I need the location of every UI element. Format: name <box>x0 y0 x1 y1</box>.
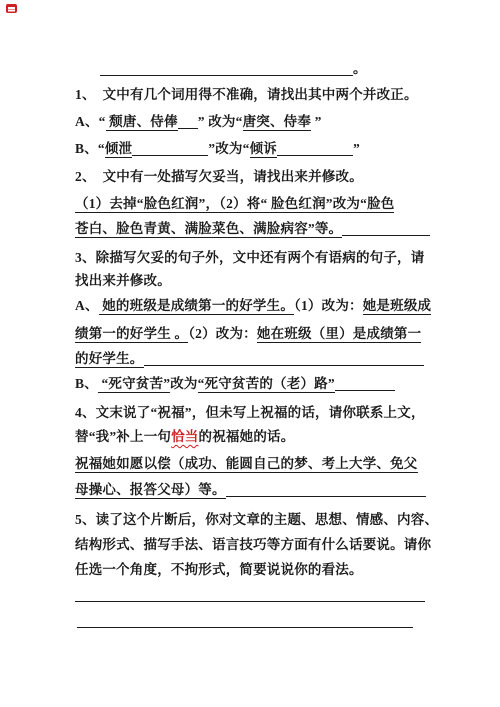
underlined-answer-text: 颓唐、侍俸 <box>106 114 178 131</box>
blank-underline <box>342 222 430 236</box>
blank-underline <box>100 62 353 76</box>
q5-prompt-2: 结构形式、描写手法、语言技巧等方面有什么话要说。请你 <box>75 535 431 554</box>
text-segment: 的祝福她的话。 <box>199 429 295 444</box>
q2-answer-1: （1）去掉“脸色红润”，（2）将“ 脸色红润”改为“脸色 <box>75 194 394 213</box>
underlined-answer-text: “死守贫苦的（老）路” <box>198 376 335 393</box>
underlined-answer-text: 她在班级（里）是成绩第一 <box>257 326 421 343</box>
q4-prompt-2: 替“我”补上一句恰当的祝福她的话。 <box>75 427 294 446</box>
text-segment: B、“ <box>75 141 105 156</box>
text-segment: ”改为“ <box>208 141 249 156</box>
q3-answer-a-3: 的好学生。 <box>75 349 424 368</box>
blank-underline <box>75 588 425 602</box>
q3-prompt-1: 3、除描写欠妥的句子外，文中还有两个有语病的句子，请 <box>75 248 424 267</box>
text-segment: 3、除描写欠妥的句子外，文中还有两个有语病的句子，请 <box>75 250 424 265</box>
q1-prompt: 1、 文中有几个词用得不准确，请找出其中两个并改正。 <box>75 85 418 104</box>
q2-prompt: 2、 文中有一处描写欠妥当，请找出来并修改。 <box>75 167 363 186</box>
answer-blank-line-2 <box>77 611 413 630</box>
corner-red-mark-icon <box>6 4 17 13</box>
emphasis-red-text: 恰当 <box>171 429 198 444</box>
text-segment: 。 <box>353 61 367 76</box>
text-segment: 2、 文中有一处描写欠妥当，请找出来并修改。 <box>75 169 363 184</box>
worksheet-page: 。1、 文中有几个词用得不准确，请找出其中两个并改正。A、“ 颓唐、侍俸” 改为… <box>0 0 500 707</box>
underlined-answer-text: 母操心、报答父母）等。 <box>75 482 226 499</box>
text-segment: A、 <box>75 298 99 313</box>
text-segment: 改为 <box>170 376 197 391</box>
text-segment: ” <box>311 114 322 129</box>
q4-prompt-1: 4、文末说了“祝福”，但未写上祝福的话，请你联系上文， <box>75 403 425 422</box>
q4-answer-1: 祝福她如愿以偿（成功、能圆自己的梦、考上大学、免父 <box>75 454 418 473</box>
q3-prompt-2: 找出来并修改。 <box>75 271 171 290</box>
text-segment: 任选一个角度，不拘形式，简要说说你的看法。 <box>75 562 363 577</box>
underlined-answer-text: 唐突、侍奉 <box>243 114 312 131</box>
text-segment: 替“我”补上一句 <box>75 429 171 444</box>
text-segment: 1、 文中有几个词用得不准确，请找出其中两个并改正。 <box>75 87 418 102</box>
underlined-answer-text: 的好学生。 <box>75 351 144 368</box>
q1-answer-a: A、“ 颓唐、侍俸” 改为“唐突、侍奉 ” <box>75 112 322 131</box>
answer-blank-top: 。 <box>100 59 367 78</box>
q3-answer-a-2: 绩第一的好学生 。（2）改为：她在班级（里）是成绩第一 <box>75 324 421 343</box>
underlined-answer-text: “死守贫苦” <box>98 376 170 393</box>
q3-answer-a-1: A、 她的班级是成绩第一的好学生。（1）改为：她是班级成 <box>75 296 431 315</box>
underlined-answer-text: 倾诉 <box>250 141 277 158</box>
text-segment: （2）改为： <box>188 326 257 341</box>
text-segment: A、“ <box>75 114 106 129</box>
text-segment: ” 改为“ <box>198 114 243 129</box>
q5-prompt-3: 任选一个角度，不拘形式，简要说说你的看法。 <box>75 560 363 579</box>
text-segment: B、 <box>75 376 98 391</box>
blank-underline <box>77 614 413 628</box>
answer-blank-line-1 <box>75 585 425 604</box>
q2-answer-2: 苍白、脸色青黄、满脸菜色、满脸病容”等。 <box>75 219 430 238</box>
blank-underline <box>178 115 198 129</box>
text-segment: 结构形式、描写手法、语言技巧等方面有什么话要说。请你 <box>75 537 431 552</box>
q5-prompt-1: 5、读了这个片断后，你对文章的主题、思想、情感、内容、 <box>75 510 438 529</box>
q3-answer-b: B、 “死守贫苦”改为“死守贫苦的（老）路” <box>75 374 395 393</box>
underlined-answer-text: 倾泄 <box>105 141 132 158</box>
text-segment: 找出来并修改。 <box>75 273 171 288</box>
underlined-answer-text: 绩第一的好学生 。 <box>75 326 188 343</box>
text-segment: ” <box>353 141 360 156</box>
blank-underline <box>226 483 426 497</box>
text-segment: 5、读了这个片断后，你对文章的主题、思想、情感、内容、 <box>75 512 438 527</box>
blank-underline <box>335 377 395 391</box>
underlined-answer-text: （1）去掉“脸色红润”，（2）将“ 脸色红润”改为“脸色 <box>75 196 394 213</box>
text-segment: 4、文末说了“祝福”，但未写上祝福的话，请你联系上文， <box>75 405 425 420</box>
blank-underline <box>144 352 424 366</box>
underlined-answer-text: 她的班级是成绩第一的好学生。 <box>99 298 294 315</box>
underlined-answer-text: 祝福她如愿以偿（成功、能圆自己的梦、考上大学、免父 <box>75 456 418 473</box>
underlined-answer-text: 她是班级成 <box>363 298 432 315</box>
blank-underline <box>132 142 208 156</box>
blank-underline <box>277 142 353 156</box>
q4-answer-2: 母操心、报答父母）等。 <box>75 480 426 499</box>
q1-answer-b: B、“倾泄”改为“倾诉” <box>75 139 360 158</box>
text-segment: （1）改为： <box>294 298 363 313</box>
underlined-answer-text: 苍白、脸色青黄、满脸菜色、满脸病容”等。 <box>75 221 342 238</box>
